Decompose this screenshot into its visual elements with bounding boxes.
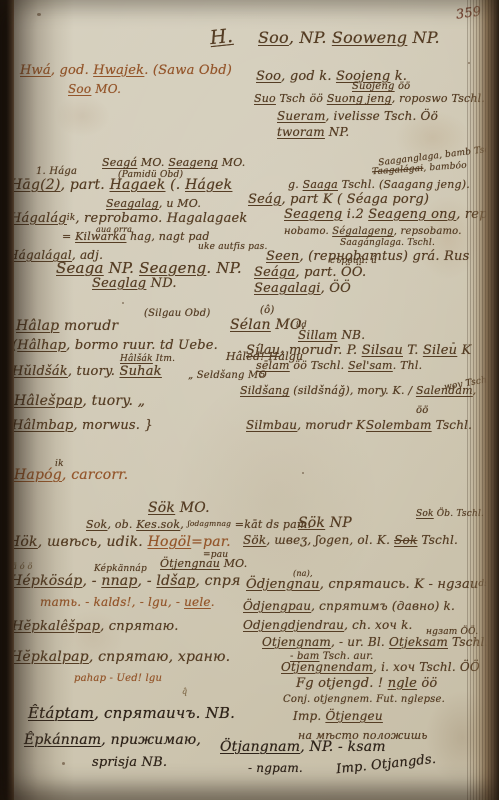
handwritten-text: ʃodagmnag [188, 519, 231, 528]
handwritten-text: pahap - Ued! lgu [74, 673, 162, 684]
handwritten-text: Seág [248, 192, 281, 207]
handwritten-line: Solembam Tschl. [366, 419, 472, 431]
handwritten-line: Suo Tsch öö Suong jeng, roposwo Tschl. [254, 93, 485, 104]
handwritten-line: g. Saaga Tschl. (Saagang jeng). [288, 179, 470, 190]
handwritten-text: . NP. [206, 259, 241, 277]
handwritten-text: Seagalag [106, 197, 159, 210]
handwritten-text: , [180, 518, 187, 531]
handwritten-text: Sel'sam [348, 359, 393, 372]
handwritten-text: Suong jeng [327, 92, 392, 105]
handwritten-text: Ötjengeu [325, 709, 382, 723]
handwritten-text: Otjeksam [389, 635, 448, 649]
handwritten-line: Fg otjengd. ! ngle öö [296, 677, 437, 690]
handwritten-text: Sok [86, 518, 107, 531]
handwritten-text: . [211, 595, 215, 609]
handwritten-line: Hâlšák Itm. [120, 355, 175, 364]
handwritten-text: (ô) [260, 305, 274, 316]
handwritten-text: Fg otjengd. ! [296, 676, 388, 691]
handwritten-text: , bormo ruur. td Uebe. [66, 338, 218, 353]
handwritten-text: sprisja NB. [92, 755, 167, 770]
handwritten-line: tworam NP. [277, 126, 349, 138]
handwritten-line: Sélan MO. [230, 318, 305, 332]
handwritten-line: Sök, швеʒ, ʃogen, ol. K. Sok Tschl. [243, 534, 458, 546]
handwritten-line: Conj. otjengnem. Fut. nglepse. [283, 695, 445, 705]
handwritten-text: Ötjangnam [220, 739, 300, 755]
handwritten-text: i.2 [342, 207, 368, 222]
handwritten-text: Hwajek [93, 63, 144, 78]
handwritten-text: , - [138, 573, 157, 589]
handwritten-line: uke autfis pas. [198, 243, 268, 252]
handwritten-line: Seaglag ND. [92, 277, 177, 290]
handwritten-line: Ötjangnam, NP. - ksam [220, 740, 386, 754]
handwritten-line: Ödjengnau, спрятаись. K - нgзаиds [246, 578, 489, 591]
handwritten-text: Conj. otjengnem. Fut. nglepse. [283, 694, 445, 705]
handwritten-line: Soo, NP. Sooweng NP. [258, 30, 440, 46]
handwritten-text: Ödjengnau [246, 577, 320, 592]
handwritten-text: Sok [394, 533, 417, 547]
handwritten-line: - ngpam. [248, 762, 303, 774]
handwritten-text: , ÖÖ [321, 281, 351, 296]
handwritten-line: 5 [260, 371, 265, 379]
handwritten-text: MO. [137, 156, 168, 169]
handwritten-text: Seaglag [92, 276, 146, 291]
handwritten-text: =par. [191, 534, 231, 550]
handwritten-text: Seagá [102, 156, 137, 169]
handwritten-text: Tsch öö [276, 92, 327, 105]
handwritten-line: Sueram, ivelisse Tsch. Öö [277, 110, 438, 122]
handwritten-text: Tschl. (Saagang jeng). [338, 178, 470, 191]
handwritten-text: Imp. [293, 709, 325, 723]
handwritten-text: (sildšnáǧ), mory. K. / [290, 384, 416, 397]
handwritten-text: NP. [104, 259, 139, 277]
handwritten-text: Silmbau [246, 418, 297, 432]
handwritten-text: Kilwarka [75, 230, 126, 243]
handwritten-text: T. [403, 343, 423, 358]
handwritten-text: Seageng [139, 259, 206, 277]
handwritten-text: , спря [195, 573, 240, 589]
handwritten-text: Seageng [168, 156, 218, 169]
handwritten-text: öö [416, 405, 428, 416]
handwritten-text: Solembam [366, 418, 432, 432]
handwritten-text: Seen [266, 249, 299, 264]
handwritten-text: Soo [256, 69, 281, 84]
handwritten-line: Odjengdjendrau, ch. хоч k. [243, 619, 413, 631]
handwritten-text: Ödjengpau [243, 599, 311, 613]
handwritten-text: Ötjengnau [160, 557, 220, 570]
handwritten-text: ND. [146, 276, 176, 291]
handwritten-text: , швеʒ, ʃogen, ol. K. [266, 533, 394, 547]
handwritten-line: Ötjengnau MO. [160, 558, 247, 569]
handwritten-text: Taagalágai [372, 164, 424, 178]
handwritten-line: Seág, part K ( Séaga porg) [248, 193, 429, 206]
handwritten-text: , u MO. [159, 197, 201, 210]
handwritten-text: Sueram [277, 109, 326, 123]
handwritten-line: Sök MO. [148, 501, 210, 515]
handwritten-text: , part. ÖÖ. [295, 265, 366, 280]
handwritten-text: Otjengnam [262, 635, 331, 649]
handwritten-text: , reprobamo. [75, 211, 166, 226]
handwritten-text: Saagánglaga. Tschl. [340, 238, 435, 248]
handwritten-text: q̂ [182, 687, 187, 696]
handwritten-text: ngle [388, 676, 417, 691]
manuscript-photo: 359H.Soo, NP. Sooweng NP.Hwá, god. Hwaje… [0, 0, 499, 800]
handwritten-text: , - ur. Bl. [331, 635, 389, 649]
handwritten-line: q̂ [182, 688, 187, 696]
handwritten-text: , спрятимъ (давно) k. [311, 599, 455, 613]
handwritten-line: Saagánglaga. Tschl. [340, 239, 435, 248]
handwritten-text: ldšap [156, 573, 195, 589]
handwritten-text: Imp. Otjangds. [335, 752, 436, 777]
handwritten-line: sēlam öö Tschl. Sel'sam. Thl. [256, 360, 422, 371]
handwritten-text: Seagalagi [254, 281, 321, 296]
handwritten-text: , repsobamo. [394, 226, 462, 237]
handwritten-text: Sök [243, 533, 266, 547]
handwritten-text: , tuory. [68, 364, 120, 379]
handwritten-text: Sílau [246, 343, 280, 358]
handwritten-line: Seága, part. ÖÖ. [254, 266, 366, 279]
handwritten-text: H. [209, 25, 234, 49]
handwritten-text: Sillam [298, 328, 337, 342]
handwritten-line: Sok, ob. Kes.sok, ʃodagmnag =kāt ds pam. [86, 519, 311, 530]
handwritten-line: Sílau, morudr. P. Silsau T. Sileu K [246, 344, 471, 357]
handwritten-text: tworam [277, 125, 325, 139]
handwritten-text: , bambóo [423, 161, 467, 174]
handwritten-text: Sök [148, 500, 175, 516]
handwritten-text: 5 [260, 370, 265, 379]
handwritten-text: , прижимаю, [101, 732, 201, 748]
handwritten-text: MO. [91, 82, 121, 96]
handwritten-text: NP. [407, 28, 440, 47]
handwritten-line: Imp. Ötjengeu [293, 710, 383, 722]
handwritten-line: Seagalagi, ÖÖ [254, 282, 351, 295]
handwritten-text: MO. [220, 557, 247, 570]
handwritten-text: uke autfis pas. [198, 242, 268, 252]
handwritten-line: = Kilwarka hag, nagt pad [62, 231, 210, 242]
handwritten-line: (ô) [260, 306, 274, 316]
handwritten-text: , god k. [281, 69, 336, 84]
handwritten-line: (Silgau Obd) [144, 309, 210, 319]
handwritten-line: „ Seldšang MO [188, 371, 267, 381]
handwritten-line: Sök NP [298, 516, 352, 530]
handwritten-text: öö [395, 81, 411, 92]
handwritten-text: Kes.sok [136, 518, 180, 531]
handwritten-text: , morudr. P. [280, 343, 361, 358]
handwritten-text: Silsau [362, 343, 403, 358]
handwritten-text: (Silgau Obd) [144, 308, 210, 319]
handwritten-line: öö [416, 406, 428, 416]
handwritten-text: Suojeng [352, 81, 395, 92]
handwritten-text: , спрятаись. K - нgзаи [320, 577, 479, 592]
handwritten-text: . Thl. [393, 359, 423, 372]
handwritten-text: Otjengnendam [281, 660, 373, 674]
handwritten-text: Hâlšák [120, 354, 153, 364]
handwritten-text: Itm. [153, 354, 175, 364]
handwritten-text: Saaga [303, 178, 338, 191]
handwritten-text: Sélan [230, 317, 271, 333]
handwritten-text: Suhak [119, 364, 161, 379]
handwritten-line: Sildšang (sildšnáǧ), mory. K. / Salendam… [240, 385, 477, 396]
handwritten-line: Silmbau, morudr K [246, 419, 365, 431]
handwritten-text: uele [184, 595, 211, 609]
handwritten-text: öö Tschl. [290, 359, 348, 372]
handwritten-text: Odjengdjendrau [243, 618, 344, 632]
handwritten-text: , спрятаю, храню. [89, 649, 230, 665]
handwritten-text: Tschl. [417, 533, 458, 547]
handwritten-text: , i. хоч Tschl. ÖÖ [373, 660, 480, 674]
handwritten-text: Hagalagaek [167, 211, 248, 226]
handwritten-line: pahap - Ued! lgu [74, 674, 162, 684]
handwritten-line: нobamo. Ségalageng, repsobamo. [284, 227, 462, 237]
handwritten-text: Hogöl [148, 534, 192, 550]
handwritten-text: NB. [337, 328, 365, 342]
handwritten-line: Sillam NB. [298, 329, 365, 341]
handwritten-text: Ségalageng [332, 226, 393, 237]
handwritten-text: , (repнobamtus) grá. Rus [299, 249, 469, 264]
handwritten-text: Sileu [423, 343, 457, 358]
handwritten-text: , tuory. „ [82, 393, 145, 409]
handwritten-text: Seága [254, 265, 295, 280]
handwritten-line: Soo MO. [68, 83, 121, 95]
handwritten-text: Seageng [284, 207, 342, 222]
handwritten-text: (. [165, 177, 185, 193]
handwritten-text: MO. [218, 156, 245, 169]
handwritten-text: g. [288, 178, 303, 191]
handwritten-text: - ngpam. [248, 761, 303, 775]
handwritten-text: . (Sawa Obd) [144, 63, 232, 78]
manuscript-page: 359H.Soo, NP. Sooweng NP.Hwá, god. Hwaje… [0, 0, 499, 800]
handwritten-text: Sooweng [332, 28, 407, 47]
handwritten-text: öö [417, 676, 437, 691]
handwritten-text: , morwus. } [73, 418, 153, 433]
handwritten-text: , ivelisse Tsch. Öö [326, 109, 439, 123]
handwritten-line: Otjengnendam, i. хоч Tschl. ÖÖ [281, 661, 480, 673]
handwritten-line: Seagá MO. Seageng MO. [102, 157, 245, 168]
handwritten-text: Sok [416, 509, 434, 519]
handwritten-line: sprisja NB. [92, 756, 167, 769]
handwritten-text: Suo [254, 92, 276, 105]
handwritten-text: нobamo. [284, 226, 332, 237]
handwritten-line: Suojeng öö [352, 82, 410, 92]
handwritten-text: Seageng ong [368, 207, 456, 222]
handwritten-text: Hágek [185, 177, 232, 193]
handwritten-text: , NP. - ksam [300, 739, 386, 755]
handwritten-text: , ch. хоч k. [344, 618, 412, 632]
handwritten-text: MO. [175, 500, 210, 516]
handwritten-text: , спрятаичъ. NB. [94, 704, 235, 722]
handwritten-text: Sök [298, 515, 325, 531]
handwritten-line: Seagalag, u MO. [106, 198, 201, 209]
handwritten-text: Sildšang [240, 384, 290, 397]
handwritten-line: H. [209, 27, 234, 48]
book-binding [0, 0, 14, 800]
handwritten-text: , ob. [107, 518, 136, 531]
handwritten-line: Seageng i.2 Seageng ong, rep. [284, 208, 492, 221]
handwritten-text: NP. [325, 125, 350, 139]
handwritten-text: , спрятаю. [100, 619, 179, 634]
handwritten-text: , part K ( Séaga porg) [281, 192, 429, 207]
handwritten-text: nnap [101, 573, 137, 589]
gutter-shadow [14, 0, 74, 800]
handwritten-text: NP [325, 515, 352, 531]
handwritten-text: , NP. [289, 28, 332, 47]
handwritten-text: , morudr K [297, 418, 365, 432]
handwritten-line: Imp. Otjangds. [336, 753, 437, 776]
handwritten-line: Ödjengpau, спрятимъ (давно) k. [243, 600, 455, 612]
handwriting-layer: 359H.Soo, NP. Sooweng NP.Hwá, god. Hwaje… [0, 0, 499, 800]
handwritten-text: , - [82, 573, 101, 589]
page-edges [467, 0, 499, 800]
handwritten-line: Seaga NP. Seageng. NP. [56, 261, 242, 276]
handwritten-text: Hagaek [110, 177, 166, 193]
handwritten-line: Otjengnam, - ur. Bl. Otjeksam Tschl. [262, 636, 489, 648]
handwritten-text: Soo [258, 28, 289, 47]
